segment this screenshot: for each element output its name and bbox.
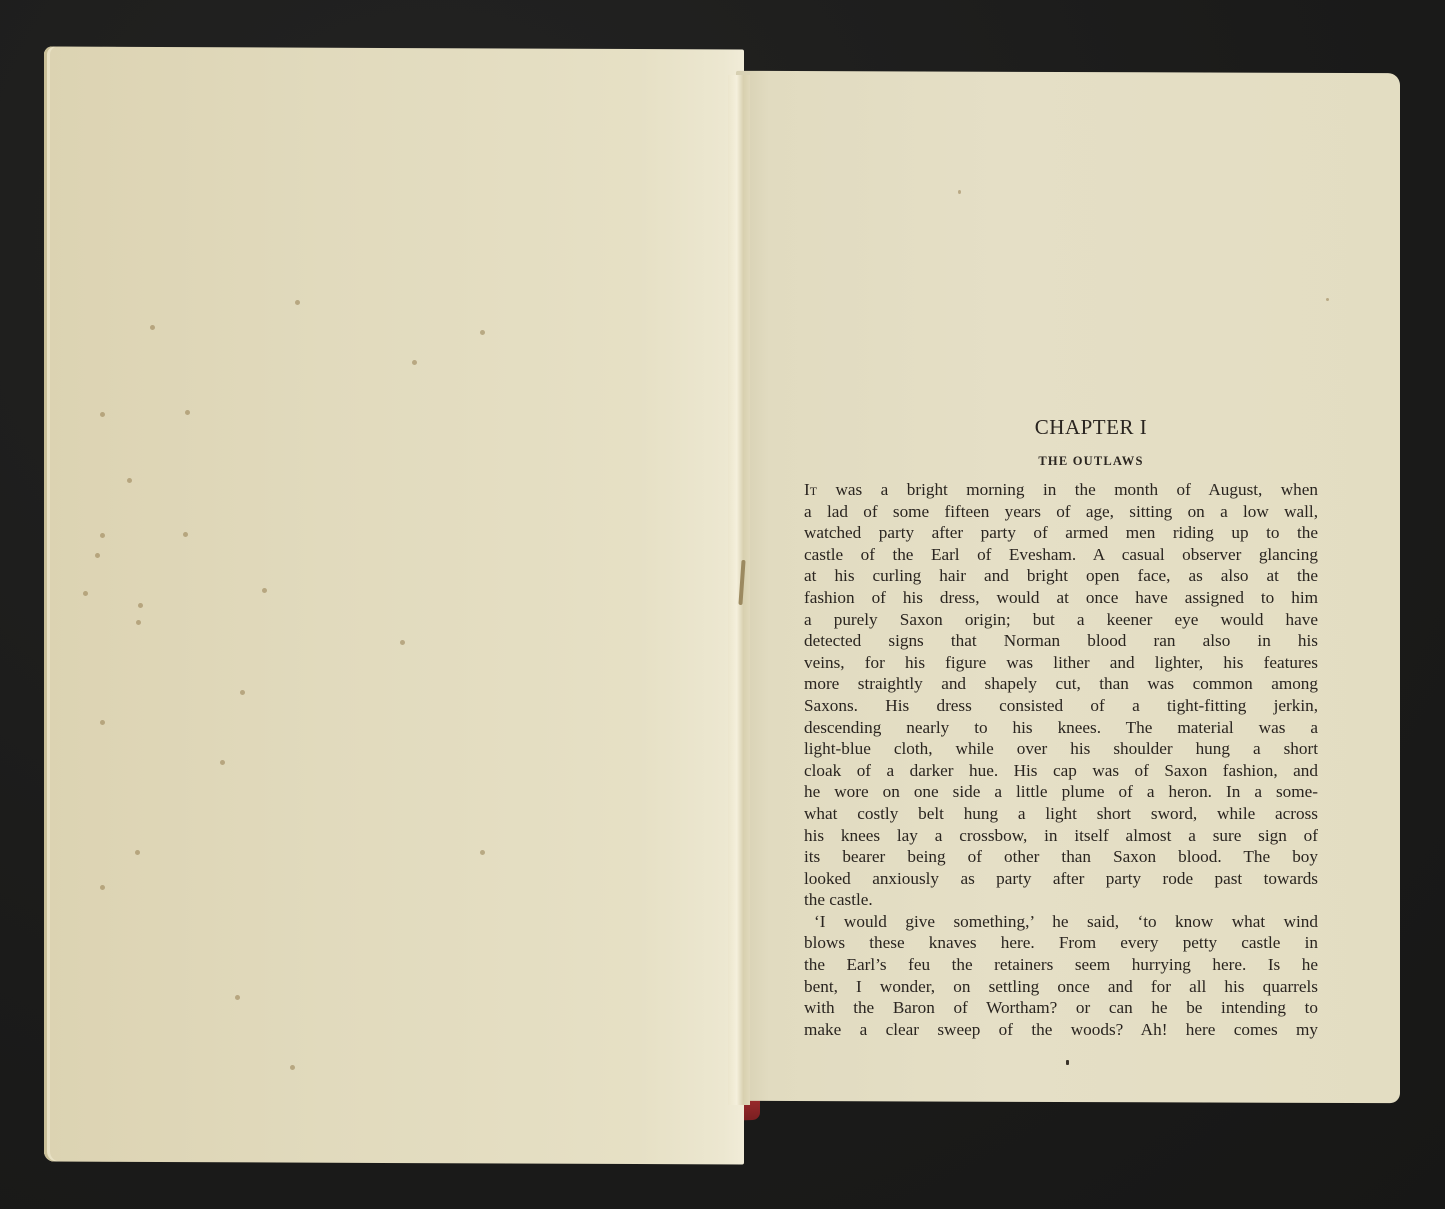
text-line: what costly belt hung a light short swor… xyxy=(804,803,1318,825)
first-word: It xyxy=(804,480,817,499)
text-line: veins, for his figure was lither and lig… xyxy=(804,652,1318,674)
text-line: the Earl’s feu the retainers seem hurryi… xyxy=(804,954,1318,976)
foxing-spot xyxy=(240,690,245,695)
foxing-spot xyxy=(100,720,105,725)
text-line: more straightly and shapely cut, than wa… xyxy=(804,673,1318,695)
text-line: at his curling hair and bright open face… xyxy=(804,565,1318,587)
text-line: a purely Saxon origin; but a keener eye … xyxy=(804,609,1318,631)
foxing-spot xyxy=(127,478,132,483)
text-line: make a clear sweep of the woods? Ah! her… xyxy=(804,1019,1318,1041)
text-line: light-blue cloth, while over his shoulde… xyxy=(804,738,1318,760)
foxing-spot xyxy=(136,620,141,625)
foxing-spot xyxy=(185,410,190,415)
text-line: descending nearly to his knees. The mate… xyxy=(804,717,1318,739)
foxing-spot xyxy=(235,995,240,1000)
text-line: bent, I wonder, on settling once and for… xyxy=(804,976,1318,998)
foxing-spot xyxy=(95,553,100,558)
left-page-blank xyxy=(44,46,744,1164)
foxing-spot xyxy=(220,760,225,765)
foxing-spot xyxy=(295,300,300,305)
foxing-spot xyxy=(100,412,105,417)
text-line: his knees lay a crossbow, in itself almo… xyxy=(804,825,1318,847)
signature-mark xyxy=(1066,1060,1069,1065)
foxing-spot xyxy=(480,330,485,335)
foxing-spot xyxy=(480,850,485,855)
foxing-spot xyxy=(138,603,143,608)
text-line: a lad of some fifteen years of age, sitt… xyxy=(804,501,1318,523)
text-line: looked anxiously as party after party ro… xyxy=(804,868,1318,890)
text-line: he wore on one side a little plume of a … xyxy=(804,781,1318,803)
foxing-spot xyxy=(262,588,267,593)
foxing-spot xyxy=(183,532,188,537)
text-line: cloak of a darker hue. His cap was of Sa… xyxy=(804,760,1318,782)
foxing-spot xyxy=(100,885,105,890)
foxing-spot xyxy=(412,360,417,365)
foxing-spot xyxy=(400,640,405,645)
chapter-title: CHAPTER I xyxy=(864,415,1318,440)
foxing-spot xyxy=(100,533,105,538)
foxing-spot xyxy=(83,591,88,596)
text-line: the castle. xyxy=(804,889,1318,911)
text-line: with the Baron of Wortham? or can he be … xyxy=(804,997,1318,1019)
text-line: ‘I would give something,’ he said, ‘to k… xyxy=(804,911,1318,933)
text-line: detected signs that Norman blood ran als… xyxy=(804,630,1318,652)
text-line: blows these knaves here. From every pett… xyxy=(804,932,1318,954)
foxing-spot xyxy=(135,850,140,855)
foxing-spot xyxy=(150,325,155,330)
text-line: Saxons. His dress consisted of a tight-f… xyxy=(804,695,1318,717)
text-line: fashion of his dress, would at once have… xyxy=(804,587,1318,609)
foxing-spot xyxy=(958,190,961,194)
text-line: It was a bright morning in the month of … xyxy=(804,479,1318,501)
foxing-spot xyxy=(1326,298,1329,301)
chapter-text-block: CHAPTER I THE OUTLAWS It was a bright mo… xyxy=(804,415,1318,1040)
text-line: its bearer being of other than Saxon blo… xyxy=(804,846,1318,868)
chapter-subtitle: THE OUTLAWS xyxy=(864,454,1318,469)
foxing-spot xyxy=(290,1065,295,1070)
text-line: castle of the Earl of Evesham. A casual … xyxy=(804,544,1318,566)
text-line: watched party after party of armed men r… xyxy=(804,522,1318,544)
